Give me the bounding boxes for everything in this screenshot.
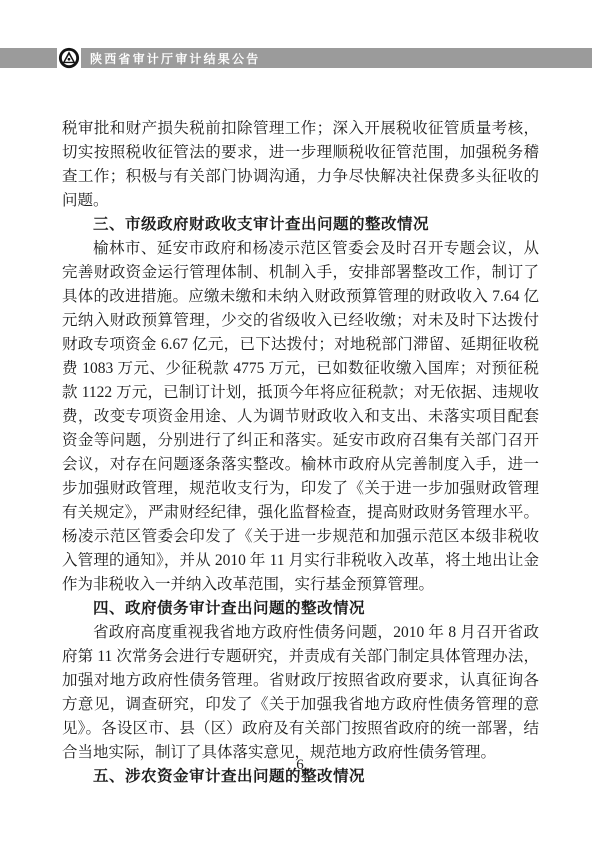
header-left-band xyxy=(0,48,57,68)
document-page: 陕西省审计厅审计结果公告 税审批和财产损失税前扣除管理工作；深入开展税收征管质量… xyxy=(0,0,600,848)
header-bar: 陕西省审计厅审计结果公告 xyxy=(81,48,592,68)
section-heading-3: 三、市级政府财政收支审计查出问题的整改情况 xyxy=(62,213,539,237)
page-number: 6 xyxy=(0,757,600,774)
section-heading-4: 四、政府债务审计查出问题的整改情况 xyxy=(62,597,539,621)
section-4-paragraph: 省政府高度重视我省地方政府性债务问题，2010 年 8 月召开省政府第 11 次… xyxy=(62,621,539,765)
paragraph-intro-continued: 税审批和财产损失税前扣除管理工作；深入开展税收征管质量考核，切实按照税收征管法的… xyxy=(62,117,539,213)
audit-emblem-icon xyxy=(58,47,80,69)
section-3-paragraph: 榆林市、延安市政府和杨凌示范区管委会及时召开专题会议，从完善财政资金运行管理体制… xyxy=(62,237,539,597)
header-title: 陕西省审计厅审计结果公告 xyxy=(81,50,260,67)
document-body: 税审批和财产损失税前扣除管理工作；深入开展税收征管质量考核，切实按照税收征管法的… xyxy=(62,117,539,789)
